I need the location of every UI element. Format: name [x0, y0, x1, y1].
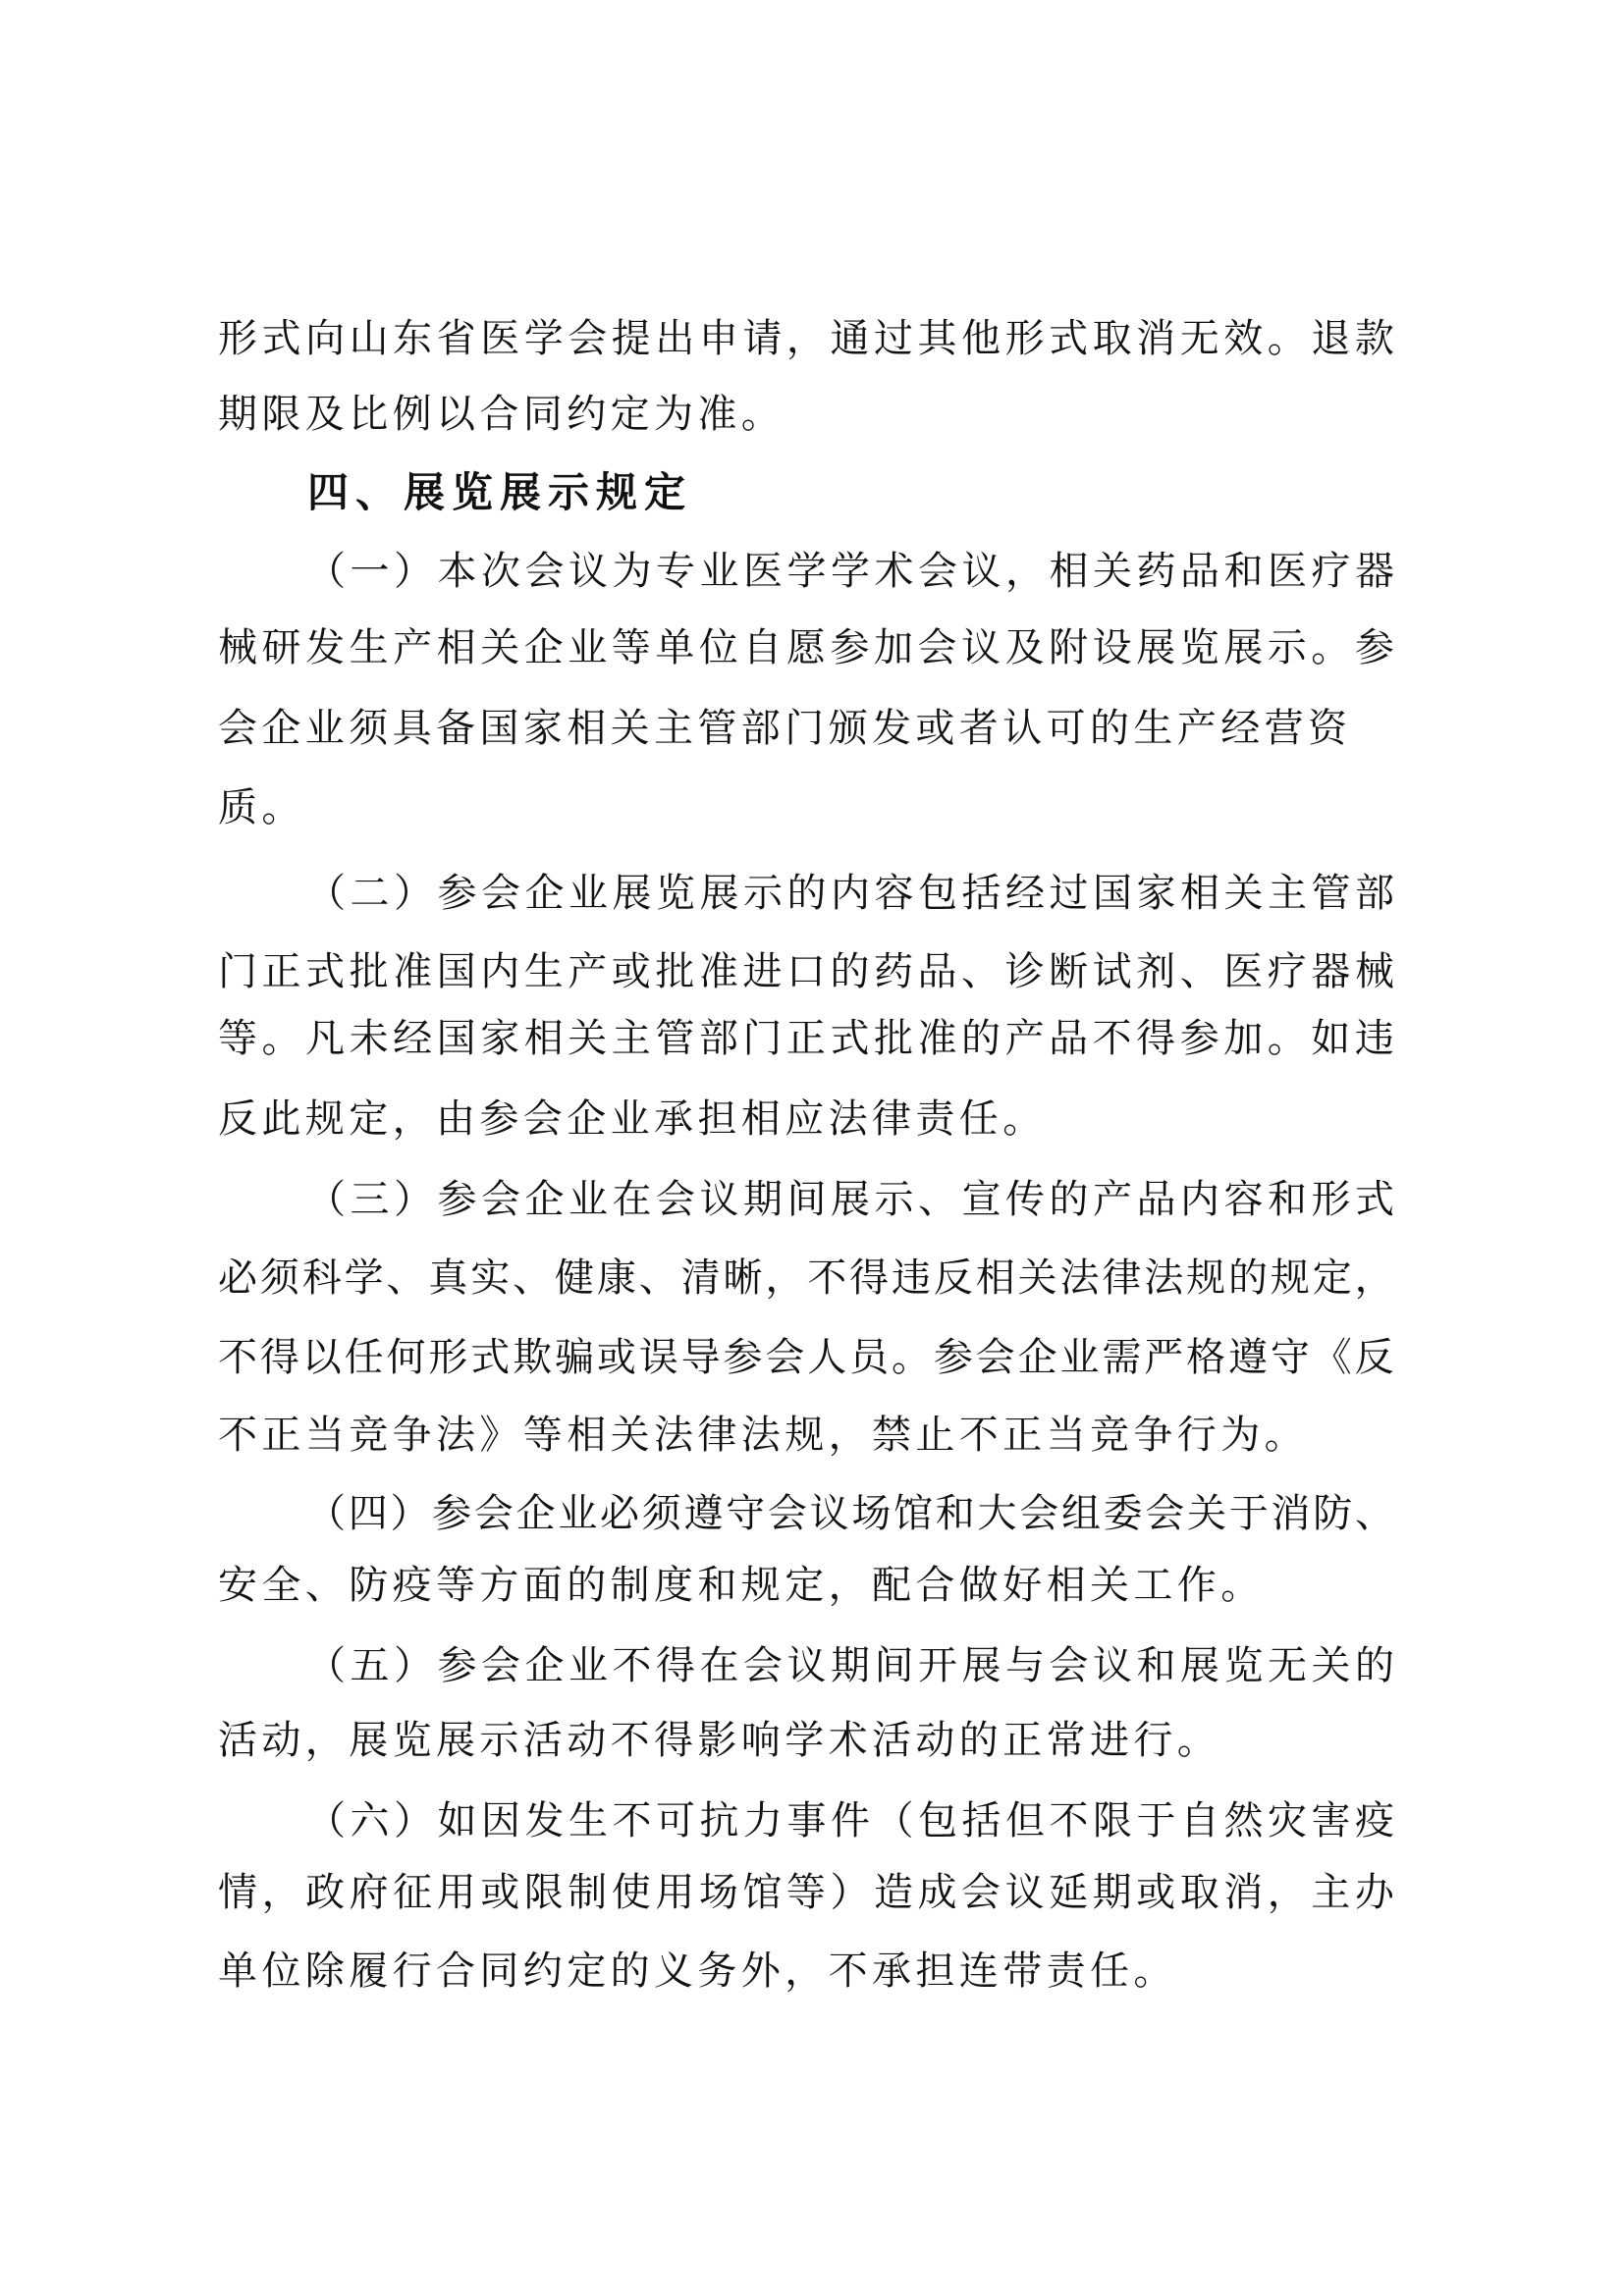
text-line: 械研发生产相关企业等单位自愿参加会议及附设展览展示。参: [218, 624, 1394, 671]
text-line: 期限及比例以合同约定为准。: [218, 391, 1394, 438]
section-heading: 四、展览展示规定: [307, 469, 692, 516]
text-line: 不得以任何形式欺骗或误导参会人员。参会企业需严格遵守《反: [218, 1334, 1394, 1381]
text-line: （五）参会企业不得在会议期间开展与会议和展览无关的: [306, 1642, 1394, 1689]
text-line: 门正式批准国内生产或批准进口的药品、诊断试剂、医疗器械: [218, 948, 1394, 995]
text-line: 不正当竞争法》等相关法律法规，禁止不正当竞争行为。: [218, 1412, 1394, 1459]
text-line: 形式向山东省医学会提出申请，通过其他形式取消无效。退款: [218, 315, 1394, 362]
document-page: 四、展览展示规定 形式向山东省医学会提出申请，通过其他形式取消无效。退款期限及比…: [0, 0, 1624, 2296]
text-line: 必须科学、真实、健康、清晰，不得违反相关法律法规的规定，: [218, 1255, 1394, 1302]
text-line: （三）参会企业在会议期间展示、宣传的产品内容和形式: [306, 1176, 1394, 1223]
text-line: 会企业须具备国家相关主管部门颁发或者认可的生产经营资: [218, 705, 1394, 752]
text-line: 安全、防疫等方面的制度和规定，配合做好相关工作。: [218, 1562, 1394, 1609]
text-line: （二）参会企业展览展示的内容包括经过国家相关主管部: [306, 870, 1394, 917]
text-line: 反此规定，由参会企业承担相应法律责任。: [218, 1095, 1394, 1143]
text-line: 单位除履行合同约定的义务外，不承担连带责任。: [218, 1948, 1394, 1995]
text-line: 等。凡未经国家相关主管部门正式批准的产品不得参加。如违: [218, 1015, 1394, 1062]
text-line: 活动，展览展示活动不得影响学术活动的正常进行。: [218, 1717, 1394, 1764]
text-line: 质。: [218, 784, 1394, 831]
text-line: 情，政府征用或限制使用场馆等）造成会议延期或取消，主办: [218, 1869, 1394, 1916]
text-line: （六）如因发生不可抗力事件（包括但不限于自然灾害疫: [306, 1797, 1394, 1844]
text-line: （一）本次会议为专业医学学术会议，相关药品和医疗器: [306, 548, 1394, 595]
text-line: （四）参会企业必须遵守会议场馆和大会组委会关于消防、: [306, 1490, 1394, 1537]
